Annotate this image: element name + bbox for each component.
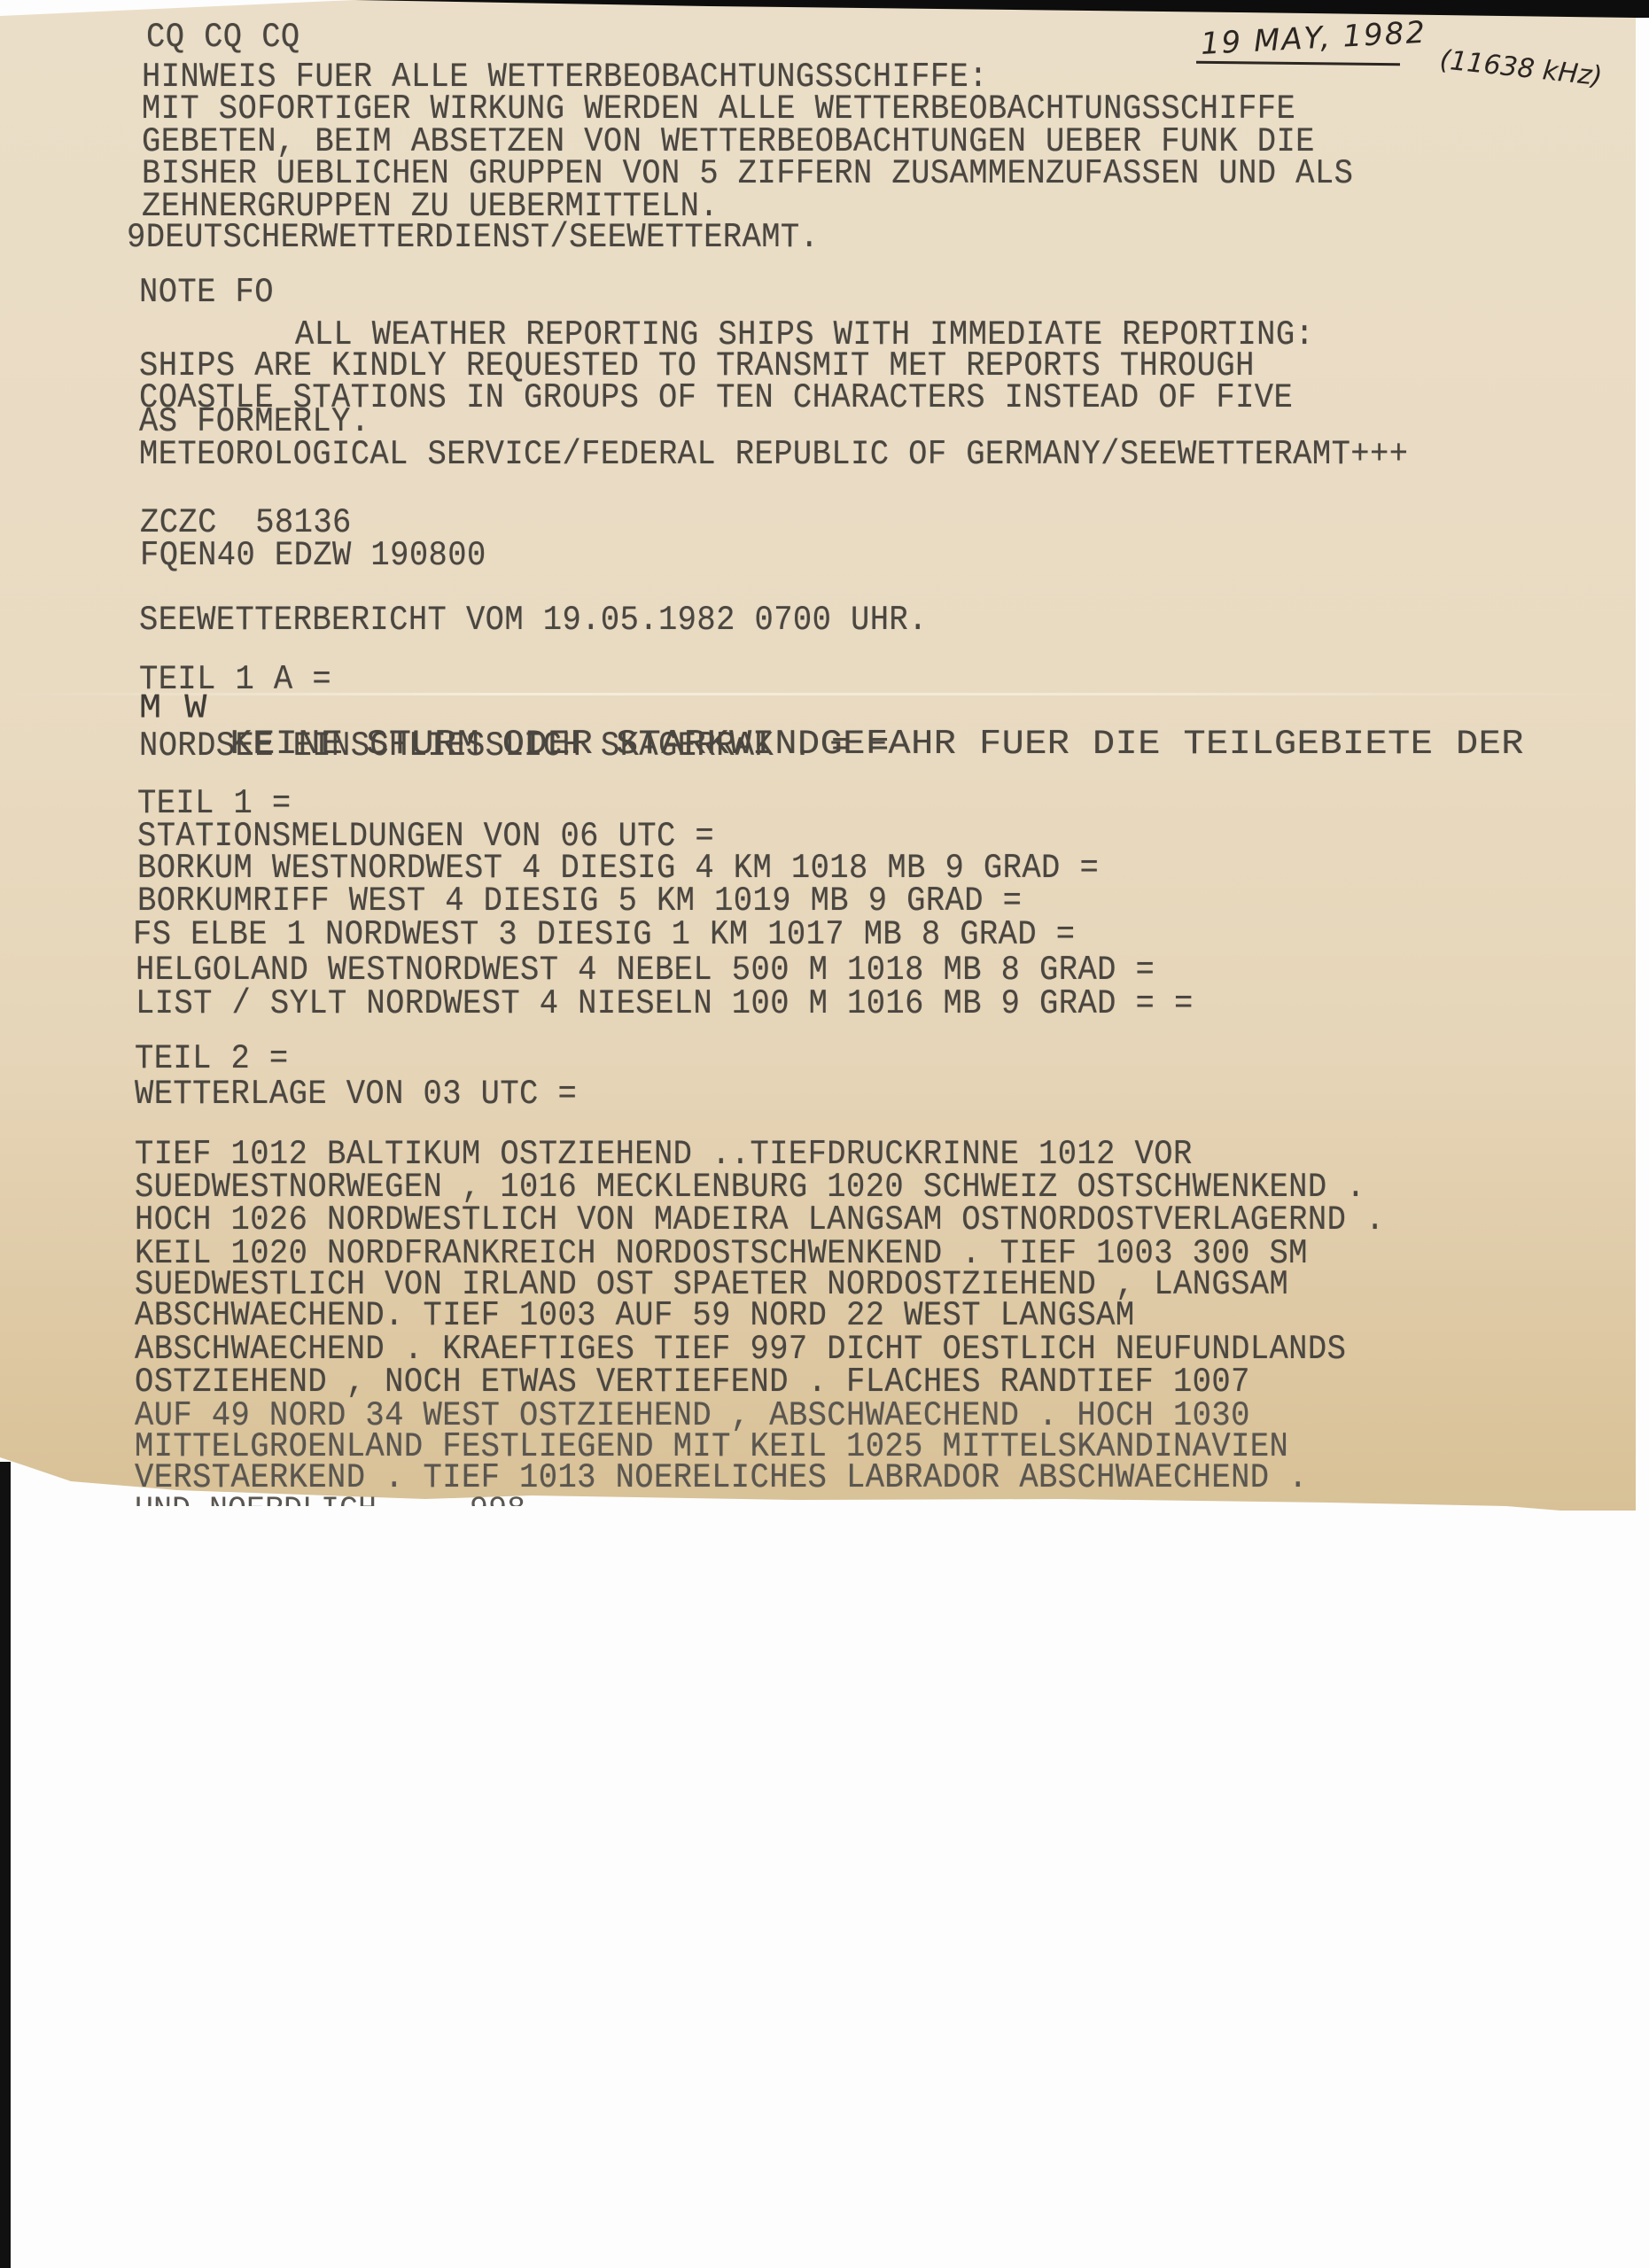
section-heading: TEIL 2 =: [135, 1041, 289, 1076]
english-notice-heading: NOTE FO: [139, 275, 274, 310]
report-title: SEEWETTERBERICHT VOM 19.05.1982 0700 UHR…: [139, 602, 928, 638]
section-subheading: WETTERLAGE VON 03 UTC =: [135, 1076, 577, 1112]
routing-header: FQEN40 EDZW 190800: [140, 538, 486, 573]
synopsis-line: HOCH 1026 NORDWESTLICH VON MADEIRA LANGS…: [135, 1202, 1385, 1238]
cq-call: CQ CQ CQ: [146, 19, 300, 55]
station-report: HELGOLAND WESTNORDWEST 4 NEBEL 500 M 101…: [136, 952, 1155, 988]
gale-warning-line: NORDSEE EINSCHLIESSLICH SKAGERRAK . = =: [139, 728, 889, 764]
truncated-line: UND NOERDLICH ... 998 ...: [135, 1494, 600, 1506]
typed-overstrike: M W: [139, 690, 207, 726]
station-report: LIST / SYLT NORDWEST 4 NIESELN 100 M 101…: [136, 986, 1194, 1021]
synopsis-line: VERSTAERKEND . TIEF 1013 NOERELICHES LAB…: [135, 1460, 1308, 1495]
english-notice-signature: METEOROLOGICAL SERVICE/FEDERAL REPUBLIC …: [139, 437, 1408, 472]
scanner-left-shadow: [0, 1462, 11, 2268]
station-report: BORKUMRIFF WEST 4 DIESIG 5 KM 1019 MB 9 …: [137, 883, 1022, 919]
synopsis-line: ABSCHWAECHEND. TIEF 1003 AUF 59 NORD 22 …: [135, 1298, 1135, 1333]
station-report: FS ELBE 1 NORDWEST 3 DIESIG 1 KM 1017 MB…: [133, 917, 1075, 952]
synopsis-line: OSTZIEHEND , NOCH ETWAS VERTIEFEND . FLA…: [135, 1364, 1250, 1400]
german-notice-signature: 9DEUTSCHERWETTERDIENST/SEEWETTERAMT.: [127, 220, 819, 255]
